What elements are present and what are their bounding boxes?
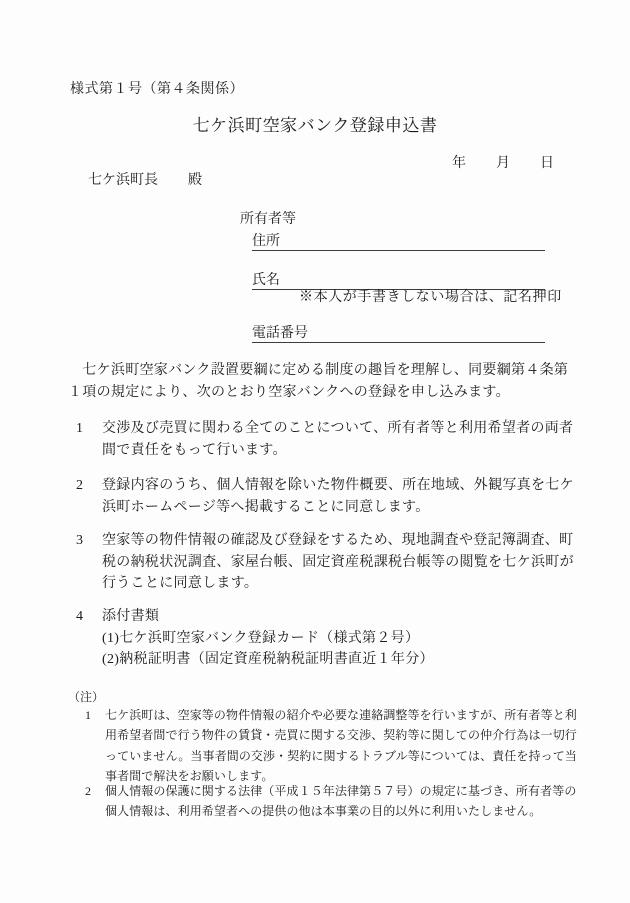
term-2-text: 登録内容のうち、個人情報を除いた物件概要、所在地域、外観写真を七ケ 浜町ホームペ… <box>102 475 584 518</box>
name-label: 氏名 <box>252 273 280 288</box>
addressee-title: 七ケ浜町長 <box>88 172 158 189</box>
term-item-4-attachments: 4 添付書類 (1)七ケ浜町空家バンク登録カード（様式第２号） (2)納税証明書… <box>76 606 584 671</box>
term-3-number: 3 <box>76 530 102 595</box>
application-form-page: 様式第１号（第４条関係） 七ケ浜町空家バンク登録申込書 年 月 日 七ケ浜町長 … <box>0 0 630 903</box>
phone-field: 電話番号 <box>252 325 545 343</box>
term-1-text: 交渉及び売買に関わる全てのことについて、所有者等と利用希望者の両者 間で責任をも… <box>102 418 584 461</box>
term-2-number: 2 <box>76 475 102 518</box>
page-title: 七ケ浜町空家バンク登録申込書 <box>0 111 630 136</box>
addressee-line: 七ケ浜町長 殿 <box>88 172 202 189</box>
intro-paragraph: 七ケ浜町空家バンク設置要綱に定める制度の趣旨を理解し、同要綱第４条第 １項の規定… <box>68 360 580 403</box>
date-line: 年 月 日 <box>452 155 554 172</box>
note-item-2: 2 個人情報の保護に関する法律（平成１５年法律第５７号）の規定に基づき、所有者等… <box>85 781 587 822</box>
address-label: 住所 <box>252 234 280 249</box>
note-item-1: 1 七ケ浜町は、空家等の物件情報の紹介や必要な連絡調整等を行いますが、所有者等と… <box>85 705 587 787</box>
phone-label: 電話番号 <box>252 326 308 341</box>
signature-note: ※本人が手書きしない場合は、記名押印 <box>299 289 562 306</box>
term-1-number: 1 <box>76 418 102 461</box>
month-label: 月 <box>496 155 510 172</box>
note-1-text: 七ケ浜町は、空家等の物件情報の紹介や必要な連絡調整等を行いますが、所有者等と利 … <box>105 705 587 787</box>
form-number: 様式第１号（第４条関係） <box>70 81 244 98</box>
term-item-1: 1 交渉及び売買に関わる全てのことについて、所有者等と利用希望者の両者 間で責任… <box>76 418 584 461</box>
term-item-2: 2 登録内容のうち、個人情報を除いた物件概要、所在地域、外観写真を七ケ 浜町ホー… <box>76 475 584 518</box>
note-1-number: 1 <box>85 705 105 787</box>
owner-section-heading: 所有者等 <box>240 211 296 228</box>
address-field: 住所 <box>252 233 545 251</box>
day-label: 日 <box>540 155 554 172</box>
note-2-text: 個人情報の保護に関する法律（平成１５年法律第５７号）の規定に基づき、所有者等の … <box>105 781 587 822</box>
year-label: 年 <box>452 155 466 172</box>
term-4-text: 添付書類 (1)七ケ浜町空家バンク登録カード（様式第２号） (2)納税証明書（固… <box>102 606 584 671</box>
term-4-number: 4 <box>76 606 102 671</box>
name-field: 氏名 <box>252 272 545 290</box>
term-item-3: 3 空家等の物件情報の確認及び登録をするため、現地調査や登記簿調査、町 税の納税… <box>76 530 584 595</box>
addressee-honorific: 殿 <box>188 172 202 189</box>
notes-heading: （注） <box>68 690 104 705</box>
term-3-text: 空家等の物件情報の確認及び登録をするため、現地調査や登記簿調査、町 税の納税状況… <box>102 530 584 595</box>
note-2-number: 2 <box>85 781 105 822</box>
